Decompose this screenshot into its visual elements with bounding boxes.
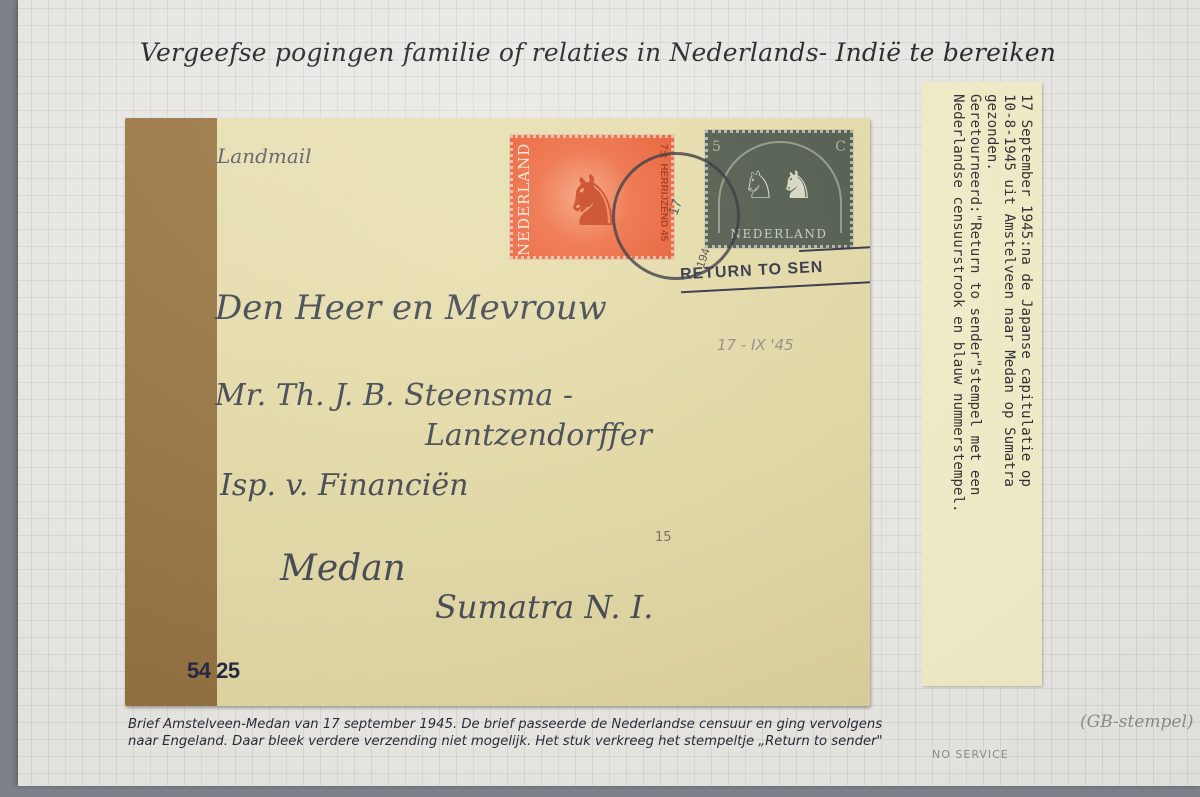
page-title: Vergeefse pogingen familie of relaties i… xyxy=(140,38,1080,67)
stamp-value-unit: C xyxy=(835,139,846,155)
note-line: 10-8-1945 uit Amstelveen naar Medan op S… xyxy=(1000,94,1017,690)
address-line: Isp. v. Financiën xyxy=(220,468,468,503)
address-line: Medan xyxy=(280,548,406,589)
censor-number-stamp: 54 25 xyxy=(187,658,240,684)
album-sheet: Vergeefse pogingen familie of relaties i… xyxy=(18,0,1200,786)
typed-note-card: 17 September 1945:na de Japanse capitula… xyxy=(922,82,1042,686)
postmark-date: 17 xyxy=(665,197,685,217)
address-line: Den Heer en Mevrouw xyxy=(215,288,607,328)
stamp-country: NEDERLAND xyxy=(515,144,533,256)
pencil-side-note: (GB-stempel) xyxy=(1080,712,1194,732)
address-line: Lantzendorffer xyxy=(425,418,652,453)
envelope: 54 25 Landmail Den Heer en Mevrouw Mr. T… xyxy=(125,118,870,706)
caption-line: naar Engeland. Daar bleek verdere verzen… xyxy=(128,733,1028,750)
note-line: Geretourneerd:"Return to sender"stempel … xyxy=(966,94,983,690)
address-line: Mr. Th. J. B. Steensma - xyxy=(215,378,573,413)
caption-line: Brief Amstelveen-Medan van 17 september … xyxy=(128,716,1028,733)
pencil-number: 15 xyxy=(655,530,672,545)
horses-icon: ♘♞ xyxy=(730,163,830,207)
typed-note-text: 17 September 1945:na de Japanse capitula… xyxy=(914,90,1034,694)
note-line: 17 September 1945:na de Japanse capitula… xyxy=(1017,94,1034,690)
pencil-annotation: NO SERVICE xyxy=(932,748,1009,761)
pencil-date: 17 - IX '45 xyxy=(717,336,794,354)
censor-strip xyxy=(125,118,217,706)
note-line: Nederlandse censuurstrook en blauw numme… xyxy=(949,94,966,690)
route-note: Landmail xyxy=(217,144,312,168)
stamp-value: 5 xyxy=(712,139,721,155)
note-line: gezonden. xyxy=(983,94,1000,690)
caption: Brief Amstelveen-Medan van 17 september … xyxy=(128,716,1028,750)
address-line: Sumatra N. I. xyxy=(435,588,653,626)
postmark: 17 194 xyxy=(612,152,740,280)
